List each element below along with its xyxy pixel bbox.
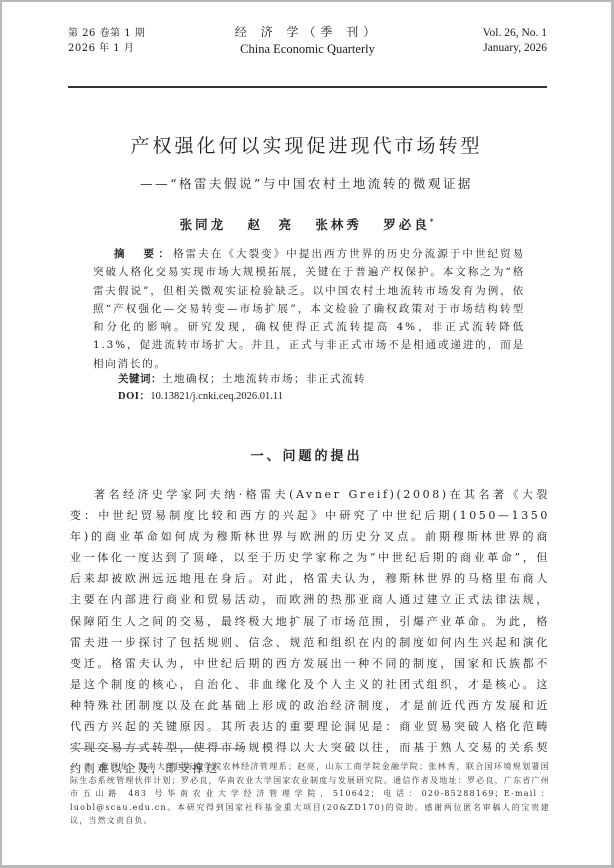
abstract-label: 摘 要： bbox=[114, 248, 173, 260]
journal-name-cn: 经 济 学（季 刊） bbox=[68, 24, 547, 41]
section-heading: 一、问题的提出 bbox=[2, 445, 611, 464]
body-paragraph: 著名经济史学家阿夫纳·格雷夫(Avner Greif)(2008)在其名著《大裂… bbox=[70, 484, 550, 779]
keywords-text: 土地确权；土地流转市场；非正式流转 bbox=[162, 373, 366, 385]
author: 罗必良 bbox=[383, 217, 430, 232]
author: 张同龙 bbox=[180, 217, 227, 232]
journal-header: 第 26 卷第 1 期 2026 年 1 月 经 济 学（季 刊） China … bbox=[68, 26, 547, 60]
article-title: 产权强化何以实现促进现代市场转型 bbox=[2, 131, 611, 158]
keywords-label: 关键词： bbox=[118, 373, 162, 385]
footnote-marker[interactable]: * bbox=[430, 217, 434, 226]
journal-name-en: China Economic Quarterly bbox=[68, 41, 547, 57]
journal-name: 经 济 学（季 刊） China Economic Quarterly bbox=[68, 24, 547, 57]
date-en: January, 2026 bbox=[483, 41, 547, 56]
keywords: 关键词：土地确权；土地流转市场；非正式流转 bbox=[118, 370, 366, 388]
issue-info-en: Vol. 26, No. 1 January, 2026 bbox=[483, 26, 547, 56]
author: 张林秀 bbox=[315, 217, 362, 232]
author: 赵 亮 bbox=[247, 217, 294, 232]
abstract-text: 格雷夫在《大裂变》中提出西方世界的历史分流源于中世纪贸易突破人格化交易实现市场大… bbox=[93, 248, 525, 370]
article-subtitle: ——“格雷夫假说”与中国农村土地流转的微观证据 bbox=[2, 174, 611, 192]
author-list: 张同龙 赵 亮 张林秀 罗必良* bbox=[2, 215, 611, 233]
abstract: 摘 要：格雷夫在《大裂变》中提出西方世界的历史分流源于中世纪贸易突破人格化交易实… bbox=[93, 245, 525, 373]
document-page: 第 26 卷第 1 期 2026 年 1 月 经 济 学（季 刊） China … bbox=[2, 2, 611, 865]
author-corresponding: 罗必良* bbox=[383, 217, 433, 232]
footnote-divider bbox=[70, 748, 245, 749]
author-footnote: * 张同龙，海南大学国际商学院农林经济管理系；赵亮，山东工商学院金融学院；张林秀… bbox=[70, 760, 550, 828]
header-divider bbox=[68, 86, 547, 88]
doi-label: DOI： bbox=[118, 391, 150, 402]
doi-value[interactable]: 10.13821/j.cnki.ceq.2026.01.11 bbox=[150, 391, 283, 402]
doi: DOI：10.13821/j.cnki.ceq.2026.01.11 bbox=[118, 388, 283, 406]
volume-issue-en: Vol. 26, No. 1 bbox=[483, 26, 547, 41]
